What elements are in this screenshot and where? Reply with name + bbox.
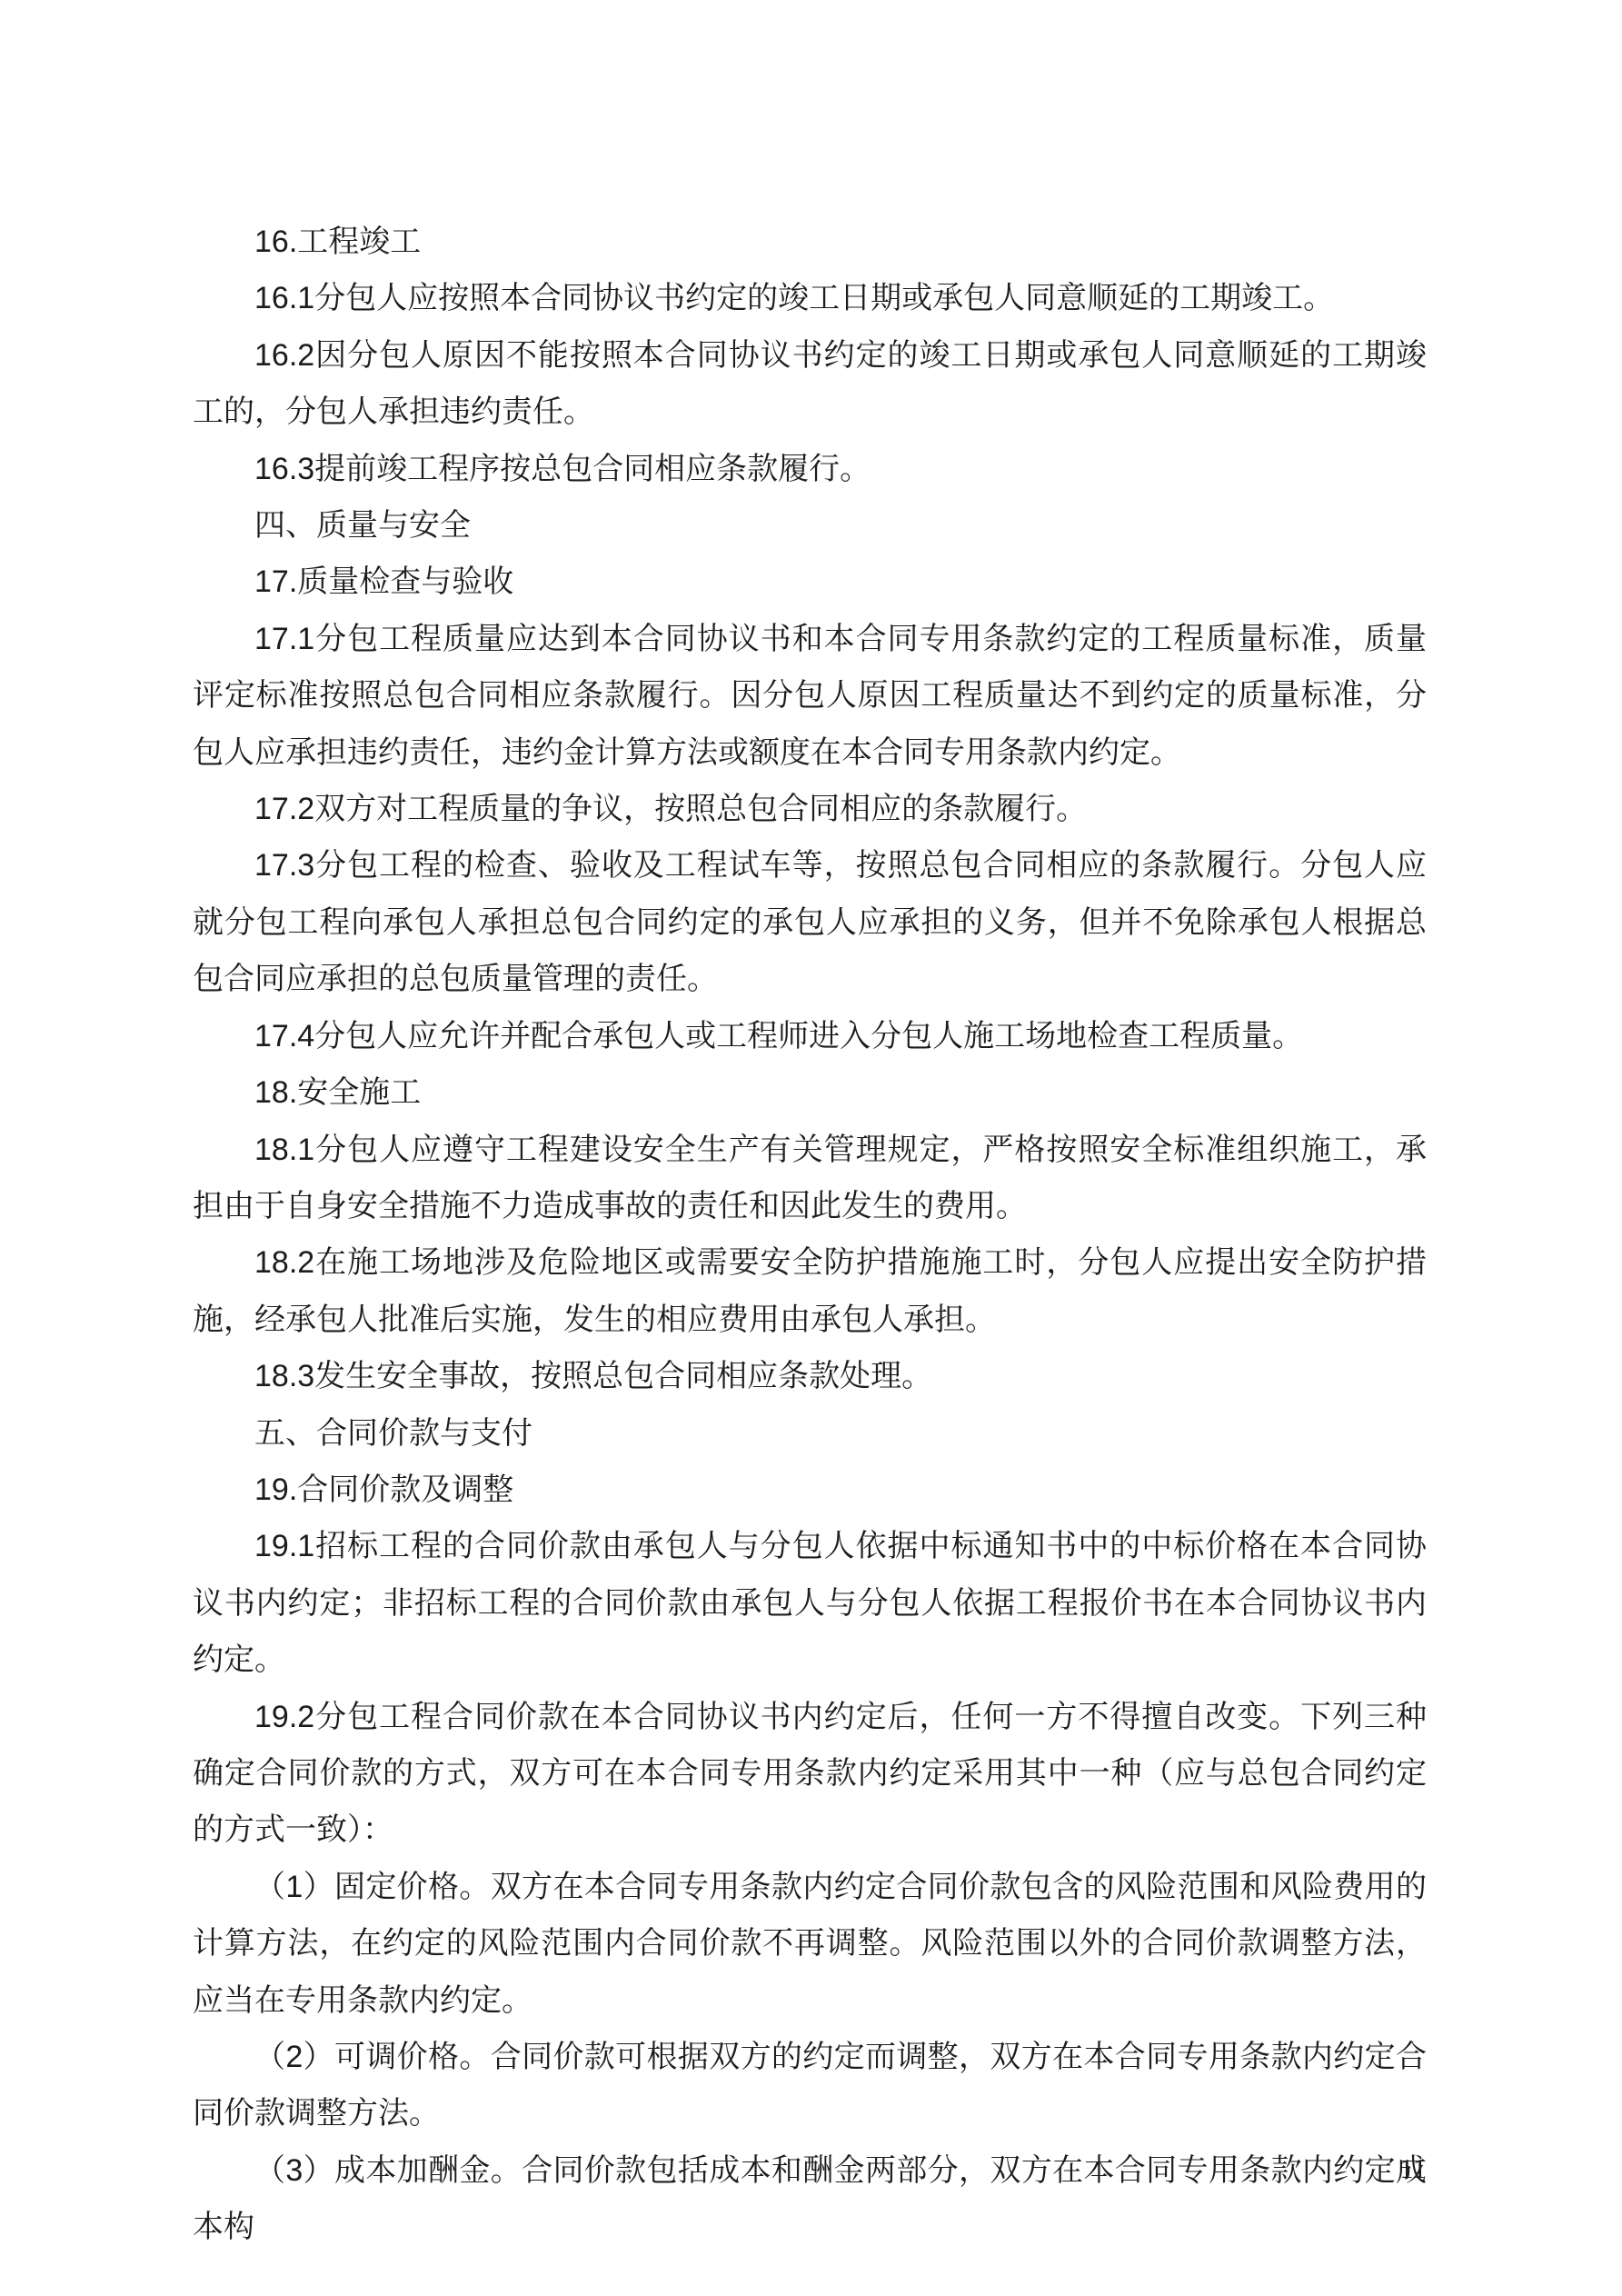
- paragraph-14: 18.3发生安全事故，按照总包合同相应条款处理。: [193, 1348, 1427, 1404]
- paragraph-15: 五、合同价款与支付: [193, 1405, 1427, 1462]
- page-number: 11: [1399, 2151, 1427, 2187]
- paragraph-21: （3）成本加酬金。合同价款包括成本和酬金两部分，双方在本合同专用条款内约定成本构: [193, 2142, 1427, 2256]
- document-page: 16.工程竣工16.1分包人应按照本合同协议书约定的竣工日期或承包人同意顺延的工…: [0, 0, 1622, 2296]
- paragraph-10: 17.4分包人应允许并配合承包人或工程师进入分包人施工场地检查工程质量。: [193, 1008, 1427, 1064]
- paragraph-19: （1）固定价格。双方在本合同专用条款内约定合同价款包含的风险范围和风险费用的计算…: [193, 1859, 1427, 2029]
- paragraph-4: 16.3提前竣工程序按总包合同相应条款履行。: [193, 441, 1427, 497]
- paragraph-12: 18.1分包人应遵守工程建设安全生产有关管理规定，严格按照安全标准组织施工，承担…: [193, 1122, 1427, 1235]
- paragraph-13: 18.2在施工场地涉及危险地区或需要安全防护措施施工时，分包人应提出安全防护措施…: [193, 1234, 1427, 1348]
- paragraph-8: 17.2双方对工程质量的争议，按照总包合同相应的条款履行。: [193, 781, 1427, 837]
- paragraph-6: 17.质量检查与验收: [193, 554, 1427, 610]
- paragraph-2: 16.1分包人应按照本合同协议书约定的竣工日期或承包人同意顺延的工期竣工。: [193, 270, 1427, 326]
- paragraph-9: 17.3分包工程的检查、验收及工程试车等，按照总包合同相应的条款履行。分包人应就…: [193, 837, 1427, 1007]
- paragraph-11: 18.安全施工: [193, 1064, 1427, 1121]
- paragraph-3: 16.2因分包人原因不能按照本合同协议书约定的竣工日期或承包人同意顺延的工期竣工…: [193, 327, 1427, 441]
- paragraph-5: 四、质量与安全: [193, 497, 1427, 554]
- paragraph-1: 16.工程竣工: [193, 214, 1427, 270]
- paragraph-16: 19.合同价款及调整: [193, 1462, 1427, 1518]
- paragraph-18: 19.2分包工程合同价款在本合同协议书内约定后，任何一方不得擅自改变。下列三种确…: [193, 1689, 1427, 1859]
- paragraph-7: 17.1分包工程质量应达到本合同协议书和本合同专用条款约定的工程质量标准，质量评…: [193, 611, 1427, 781]
- paragraph-17: 19.1招标工程的合同价款由承包人与分包人依据中标通知书中的中标价格在本合同协议…: [193, 1518, 1427, 1688]
- paragraph-20: （2）可调价格。合同价款可根据双方的约定而调整，双方在本合同专用条款内约定合同价…: [193, 2029, 1427, 2142]
- document-body: 16.工程竣工16.1分包人应按照本合同协议书约定的竣工日期或承包人同意顺延的工…: [193, 214, 1427, 2256]
